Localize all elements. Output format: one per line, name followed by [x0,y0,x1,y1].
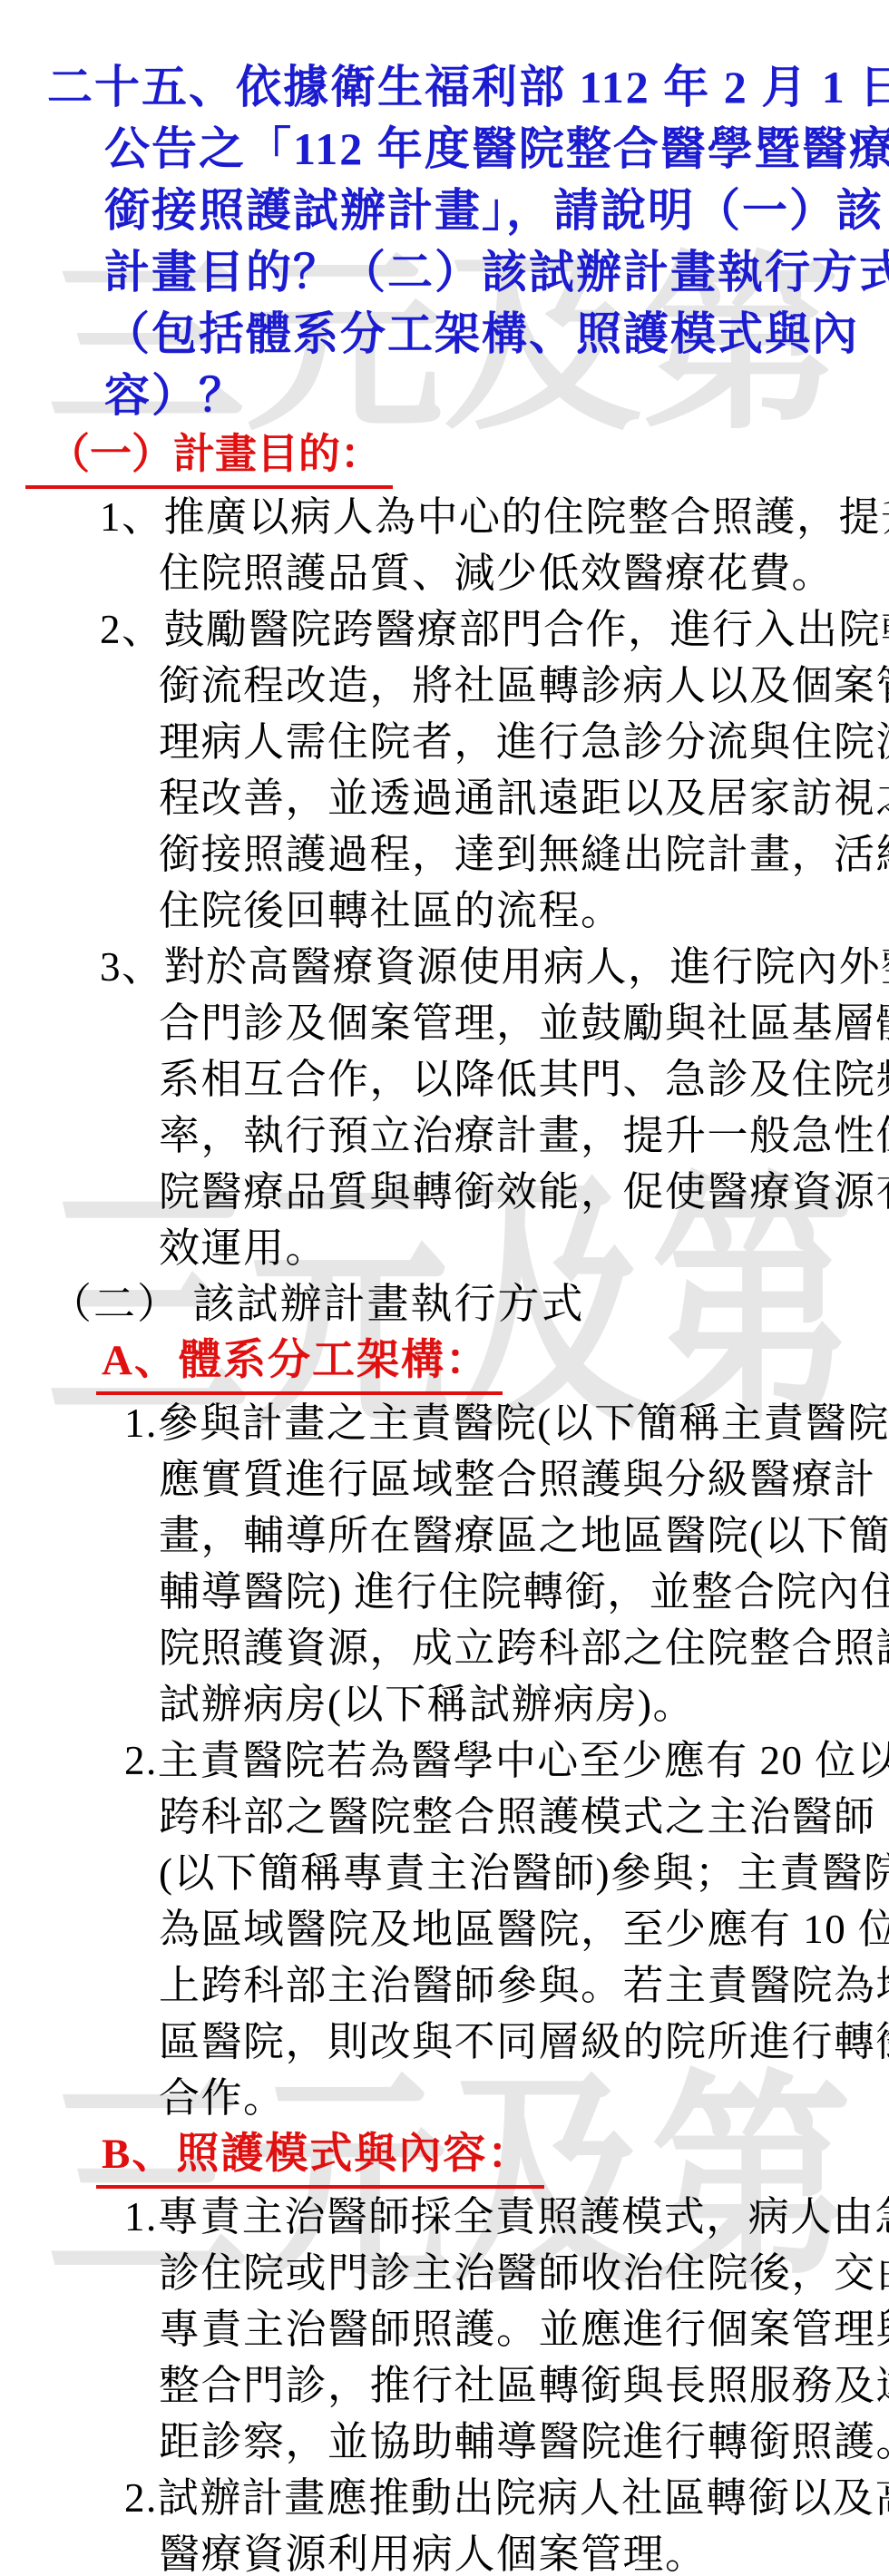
sA-item2-line: 合作。 [159,2070,889,2126]
sB-item1-line: 距診察，並協助輔導醫院進行轉銜照護。 [159,2414,889,2470]
sA-item2-line: 上跨科部主治醫師參與。若主責醫院為地 [159,1957,889,2014]
subsection-b-header: B、照護模式與內容： [96,2126,889,2189]
sA-item2-line: 為區域醫院及地區醫院，至少應有 10 位以 [159,1901,889,1957]
s1-item2-line: 2、鼓勵醫院跨醫療部門合作，進行入出院轉 [100,601,889,658]
document-content: 二十五、依據衛生福利部 112 年 2 月 1 日 公告之「112 年度醫院整合… [0,0,889,2576]
s1-item2-line: 銜流程改造，將社區轉診病人以及個案管 [159,658,889,714]
heading-line: 計畫目的？（二）該試辦計畫執行方式 [104,241,889,303]
sA-item1-line: 畫，輔導所在醫療區之地區醫院(以下簡稱 [159,1508,889,1564]
s1-item3-line: 合門診及個案管理，並鼓勵與社區基層體 [159,995,889,1051]
sA-item1-line: 輔導醫院) 進行住院轉銜，並整合院內住 [159,1564,889,1620]
s1-item1-line: 住院照護品質、減少低效醫療花費。 [159,545,889,601]
sB-item2-line: 2.試辦計畫應推動出院病人社區轉銜以及高 [124,2470,889,2526]
sA-item2-line: 跨科部之醫院整合照護模式之主治醫師 [159,1789,889,1845]
sA-item2-line: 區醫院，則改與不同層級的院所進行轉銜 [159,2014,889,2070]
sA-item1-line: 1.參與計畫之主責醫院(以下簡稱主責醫院) [124,1395,889,1451]
sA-item2-line: (以下簡稱專責主治醫師)參與；主責醫院若 [159,1845,889,1901]
subsection-b-header-text: B、照護模式與內容： [96,2126,544,2189]
section1-header: （一）計畫目的： [25,426,889,489]
s1-item3-line: 系相互合作，以降低其門、急診及住院頻 [159,1051,889,1107]
s1-item3-line: 院醫療品質與轉銜效能，促使醫療資源有 [159,1164,889,1220]
sB-item1-line: 整合門診，推行社區轉銜與長照服務及遠 [159,2357,889,2414]
sA-item1-line: 院照護資源，成立跨科部之住院整合照護 [159,1620,889,1676]
s1-item3-line: 效運用。 [159,1220,889,1276]
heading-line: 銜接照護試辦計畫」，請說明（一）該 [104,180,889,241]
s1-item2-line: 銜接照護過程，達到無縫出院計畫，活絡 [159,826,889,883]
s1-item3-line: 3、對於高醫療資源使用病人，進行院內外整 [100,939,889,995]
sB-item1-line: 專責主治醫師照護。並應進行個案管理與 [159,2301,889,2357]
document-page: 三元及第 三元及第 三元及第 二十五、依據衛生福利部 112 年 2 月 1 日… [0,0,889,2576]
section2-header: （二） 該試辦計畫執行方式 [50,1276,889,1332]
subsection-a-header: A、體系分工架構： [96,1332,889,1395]
sA-item1-line: 應實質進行區域整合照護與分級醫療計 [159,1451,889,1508]
s1-item2-line: 理病人需住院者，進行急診分流與住院流 [159,714,889,770]
heading-line: 公告之「112 年度醫院整合醫學暨醫療 [104,118,889,180]
sA-item1-line: 試辦病房(以下稱試辦病房)。 [159,1676,889,1732]
s1-item3-line: 率，執行預立治療計畫，提升一般急性住 [159,1107,889,1164]
subsection-a-header-text: A、體系分工架構： [96,1332,503,1395]
question-heading: 二十五、依據衛生福利部 112 年 2 月 1 日 公告之「112 年度醫院整合… [0,0,889,426]
s1-item2-line: 程改善，並透過通訊遠距以及居家訪視之 [159,770,889,826]
sA-item2-line: 2.主責醫院若為醫學中心至少應有 20 位以上 [124,1732,889,1789]
heading-line: （包括體系分工架構、照護模式與內 [104,303,889,365]
section1-header-text: （一）計畫目的： [25,426,393,489]
heading-line: 容）？ [104,365,889,426]
sB-item1-line: 1.專責主治醫師採全責照護模式，病人由急 [124,2189,889,2245]
heading-line: 二十五、依據衛生福利部 112 年 2 月 1 日 [47,56,889,118]
s1-item1-line: 1、推廣以病人為中心的住院整合照護，提升 [100,489,889,545]
s1-item2-line: 住院後回轉社區的流程。 [159,883,889,939]
sB-item1-line: 診住院或門診主治醫師收治住院後，交由 [159,2245,889,2301]
sB-item2-line: 醫療資源利用病人個案管理。 [159,2526,889,2576]
